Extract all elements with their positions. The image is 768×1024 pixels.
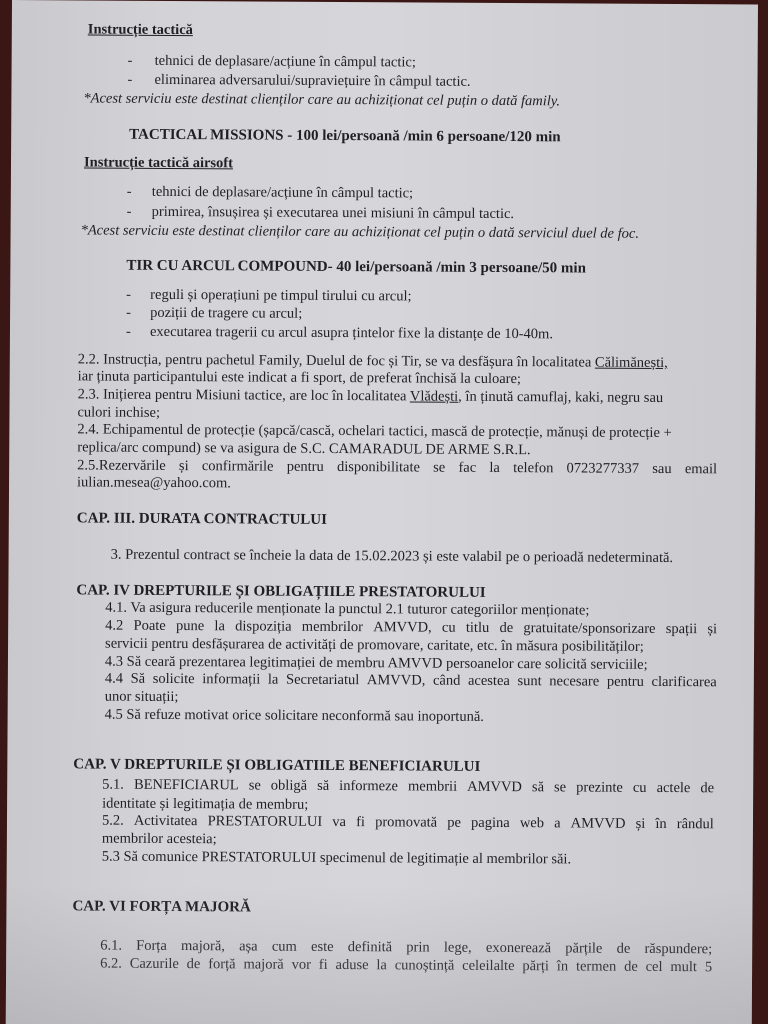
word: va xyxy=(332,814,346,831)
word: termen xyxy=(576,958,616,975)
word: definită xyxy=(348,939,392,956)
word: pagina xyxy=(471,815,510,832)
clause-text: iar ținuta participantului este indicat … xyxy=(78,368,521,388)
word: fac xyxy=(458,460,476,477)
section-heading-airsoft: Instrucție tactică airsoft xyxy=(84,154,233,172)
word: pune xyxy=(176,618,204,635)
word: clarificarea xyxy=(651,674,716,691)
word: 0723277337 xyxy=(567,460,640,477)
word: părțile xyxy=(565,940,602,957)
word: 4.2 xyxy=(105,618,123,635)
word: 5.1. xyxy=(102,777,124,794)
word: cu xyxy=(442,620,456,637)
word: Să xyxy=(131,671,146,688)
service-note: *Acest serviciu este destinat clienților… xyxy=(83,90,560,110)
word: 5 xyxy=(705,959,712,976)
word: vor xyxy=(292,957,311,974)
word: de xyxy=(187,956,201,973)
word: părți xyxy=(522,958,549,975)
bullet-dash: - xyxy=(127,204,132,221)
contract-page: Instrucție tactică - tehnici de deplasar… xyxy=(6,0,758,1024)
bullet-dash: - xyxy=(126,305,131,322)
word: pentru xyxy=(607,674,644,691)
word: 5.2. xyxy=(102,813,124,830)
word: necesare xyxy=(549,673,599,690)
word: și xyxy=(179,458,189,475)
bullet-dash: - xyxy=(126,287,131,304)
bullet-item: eliminarea adversarului/supraviețuire în… xyxy=(154,72,470,91)
email-text: iulian.mesea@yahoo.com. xyxy=(77,474,231,492)
word: la xyxy=(214,618,225,635)
word: de xyxy=(499,620,513,637)
word: sau xyxy=(652,461,671,478)
word: AMVVD, xyxy=(367,672,426,689)
bullet-item: tehnici de deplasare/acțiune în câmpul t… xyxy=(155,53,416,72)
chapter-heading-6: CAP. VI FORȚA MAJORĂ xyxy=(72,898,250,916)
clause-text: servicii pentru desfășurarea de activită… xyxy=(105,636,644,656)
bullet-dash: - xyxy=(127,72,132,89)
word: este xyxy=(311,939,334,956)
word: dispoziția xyxy=(235,618,291,635)
word: gratuitate/sponsorizare xyxy=(523,620,655,638)
clause-text: membrilor acesteia; xyxy=(102,831,217,849)
word: prin xyxy=(406,939,429,956)
word: Poate xyxy=(133,618,165,635)
word: AMVVD xyxy=(571,815,626,832)
word: majoră xyxy=(243,956,283,973)
word: forță xyxy=(208,956,235,973)
word: telefon xyxy=(513,460,553,477)
clause-text: culori inchise; xyxy=(77,404,160,422)
word: AMVVD, xyxy=(373,619,432,636)
word: membrilor xyxy=(302,619,363,636)
word: actele xyxy=(657,780,691,797)
word: la xyxy=(268,672,279,689)
word: obligă xyxy=(271,778,307,795)
word: promovată xyxy=(375,814,437,831)
bullet-item: poziții de tragere cu arcul; xyxy=(150,305,302,323)
word: a xyxy=(554,815,561,832)
word: aduse xyxy=(335,957,368,974)
tactical-missions-title: TACTICAL MISSIONS - 100 lei/persoană /mi… xyxy=(129,127,561,147)
clause-text: identitate și legitimația de membru; xyxy=(102,796,308,814)
word: Activitatea xyxy=(134,813,198,830)
archery-title: TIR CU ARCUL COMPOUND- 40 lei/persoană /… xyxy=(126,258,586,278)
bullet-item: tehnici de deplasare/acțiune în câmpul t… xyxy=(152,184,413,203)
section-heading-tactical-instruction: Instrucție tactică xyxy=(88,21,193,39)
word: de xyxy=(700,780,714,797)
word: disponibilitate xyxy=(337,459,420,477)
chapter-heading-3: CAP. III. DURATA CONTRACTULUI xyxy=(77,510,327,529)
word: email xyxy=(685,461,717,478)
word: PRESTATORULUI xyxy=(208,813,323,831)
clause-5-3: 5.3 Să comunice PRESTATORULUI specimenul… xyxy=(102,849,571,869)
clause-text: , în ținută camuflaj, kaki, negru sau xyxy=(458,389,663,406)
word: se xyxy=(554,779,566,796)
bullet-dash: - xyxy=(127,184,132,201)
word: 2.5.Rezervările xyxy=(77,457,166,475)
word: titlu xyxy=(466,620,489,637)
chapter-heading-5: CAP. V DREPTURILE ȘI OBLIGATIILE BENEFIC… xyxy=(73,756,480,775)
word: rândul xyxy=(677,816,714,833)
clause-2-4: 2.4. Echipamentul de protecție (șapcă/ca… xyxy=(77,421,671,442)
word: lege, xyxy=(444,940,472,957)
word: celeilalte xyxy=(462,958,514,975)
word: Cazurile xyxy=(130,956,179,973)
word: în xyxy=(655,816,666,833)
clause-text: replica/arc compund) se va asigura de S.… xyxy=(77,439,530,459)
word: 6.1. xyxy=(100,938,122,955)
bullet-dash: - xyxy=(128,53,133,70)
clause-text: 2.3. Inițierea pentru Misiuni tactice, a… xyxy=(78,386,410,404)
word: de xyxy=(617,941,631,958)
word: cum xyxy=(272,939,297,956)
word: majoră, xyxy=(181,938,225,955)
clause-6-2: 6.2.Cazuriledeforțămajorăvorfiaduselacun… xyxy=(100,956,712,977)
word: web xyxy=(520,815,544,832)
bullet-item: primirea, însușirea și executarea unei m… xyxy=(152,204,514,223)
clause-2-3: 2.3. Inițierea pentru Misiuni tactice, a… xyxy=(78,386,664,407)
word: mult xyxy=(670,959,697,976)
word: așa xyxy=(239,938,258,955)
bullet-dash: - xyxy=(126,324,131,341)
word: pentru xyxy=(287,459,324,476)
clause-4-1: 4.1. Va asigura reducerile menționate la… xyxy=(105,600,589,620)
word: fi xyxy=(356,814,365,831)
word: cel xyxy=(646,959,663,976)
word: informeze xyxy=(339,778,398,795)
location-vladesti: Vlădești xyxy=(410,388,458,404)
word: informații xyxy=(202,671,260,688)
word: spații xyxy=(666,621,698,638)
word: fi xyxy=(319,957,328,974)
word: când xyxy=(433,673,460,690)
word: la xyxy=(376,957,387,974)
location-calimanesti: Călimănești, xyxy=(595,355,668,371)
word: acestea xyxy=(468,673,510,690)
clause-3: 3. Prezentul contract se încheie la data… xyxy=(111,547,674,567)
word: pe xyxy=(447,815,461,832)
word: cu xyxy=(633,780,647,797)
word: exonerează xyxy=(486,940,551,957)
word: se xyxy=(249,777,261,794)
word: și xyxy=(636,816,646,833)
clause-4-4: 4.4SăsoliciteinformațiilaSecretariatulAM… xyxy=(105,671,717,692)
word: confirmările xyxy=(202,458,274,475)
word: 4.4 xyxy=(105,671,123,688)
word: să xyxy=(317,778,329,795)
word: solicite xyxy=(153,671,195,688)
clause-6-1: 6.1.Forțamajoră,așacumestedefinităprinle… xyxy=(100,938,712,959)
word: și xyxy=(707,621,717,638)
clause-4-5: 4.5 Să refuze motivat orice solicitare n… xyxy=(105,707,484,726)
word: cunoștință xyxy=(395,957,455,974)
word: Forța xyxy=(136,938,167,955)
word: sunt xyxy=(517,673,541,690)
clause-text: unor situații; xyxy=(105,689,179,706)
word: la xyxy=(489,460,500,477)
word: de xyxy=(624,959,638,976)
word: 6.2. xyxy=(100,956,122,973)
word: răspundere; xyxy=(644,941,712,958)
word: AMVVD xyxy=(467,779,522,796)
clause-text: 2.2. Instrucția, pentru pachetul Family,… xyxy=(78,351,595,370)
service-note: *Acest serviciu este destinat clienților… xyxy=(81,222,639,242)
word: membrii xyxy=(408,778,457,795)
word: se xyxy=(433,460,445,477)
bullet-item: reguli și operațiuni pe timpul tirului c… xyxy=(150,287,411,306)
clause-5-1: 5.1.BENEFICIARULseobligăsăinformezemembr… xyxy=(102,777,714,798)
word: în xyxy=(557,958,568,975)
word: BENEFICIARUL xyxy=(134,777,239,795)
word: să xyxy=(532,779,544,796)
word: prezinte xyxy=(576,779,623,796)
word: Secretariatul xyxy=(286,672,359,689)
bullet-item: executarea tragerii cu arcul asupra țint… xyxy=(150,324,553,343)
